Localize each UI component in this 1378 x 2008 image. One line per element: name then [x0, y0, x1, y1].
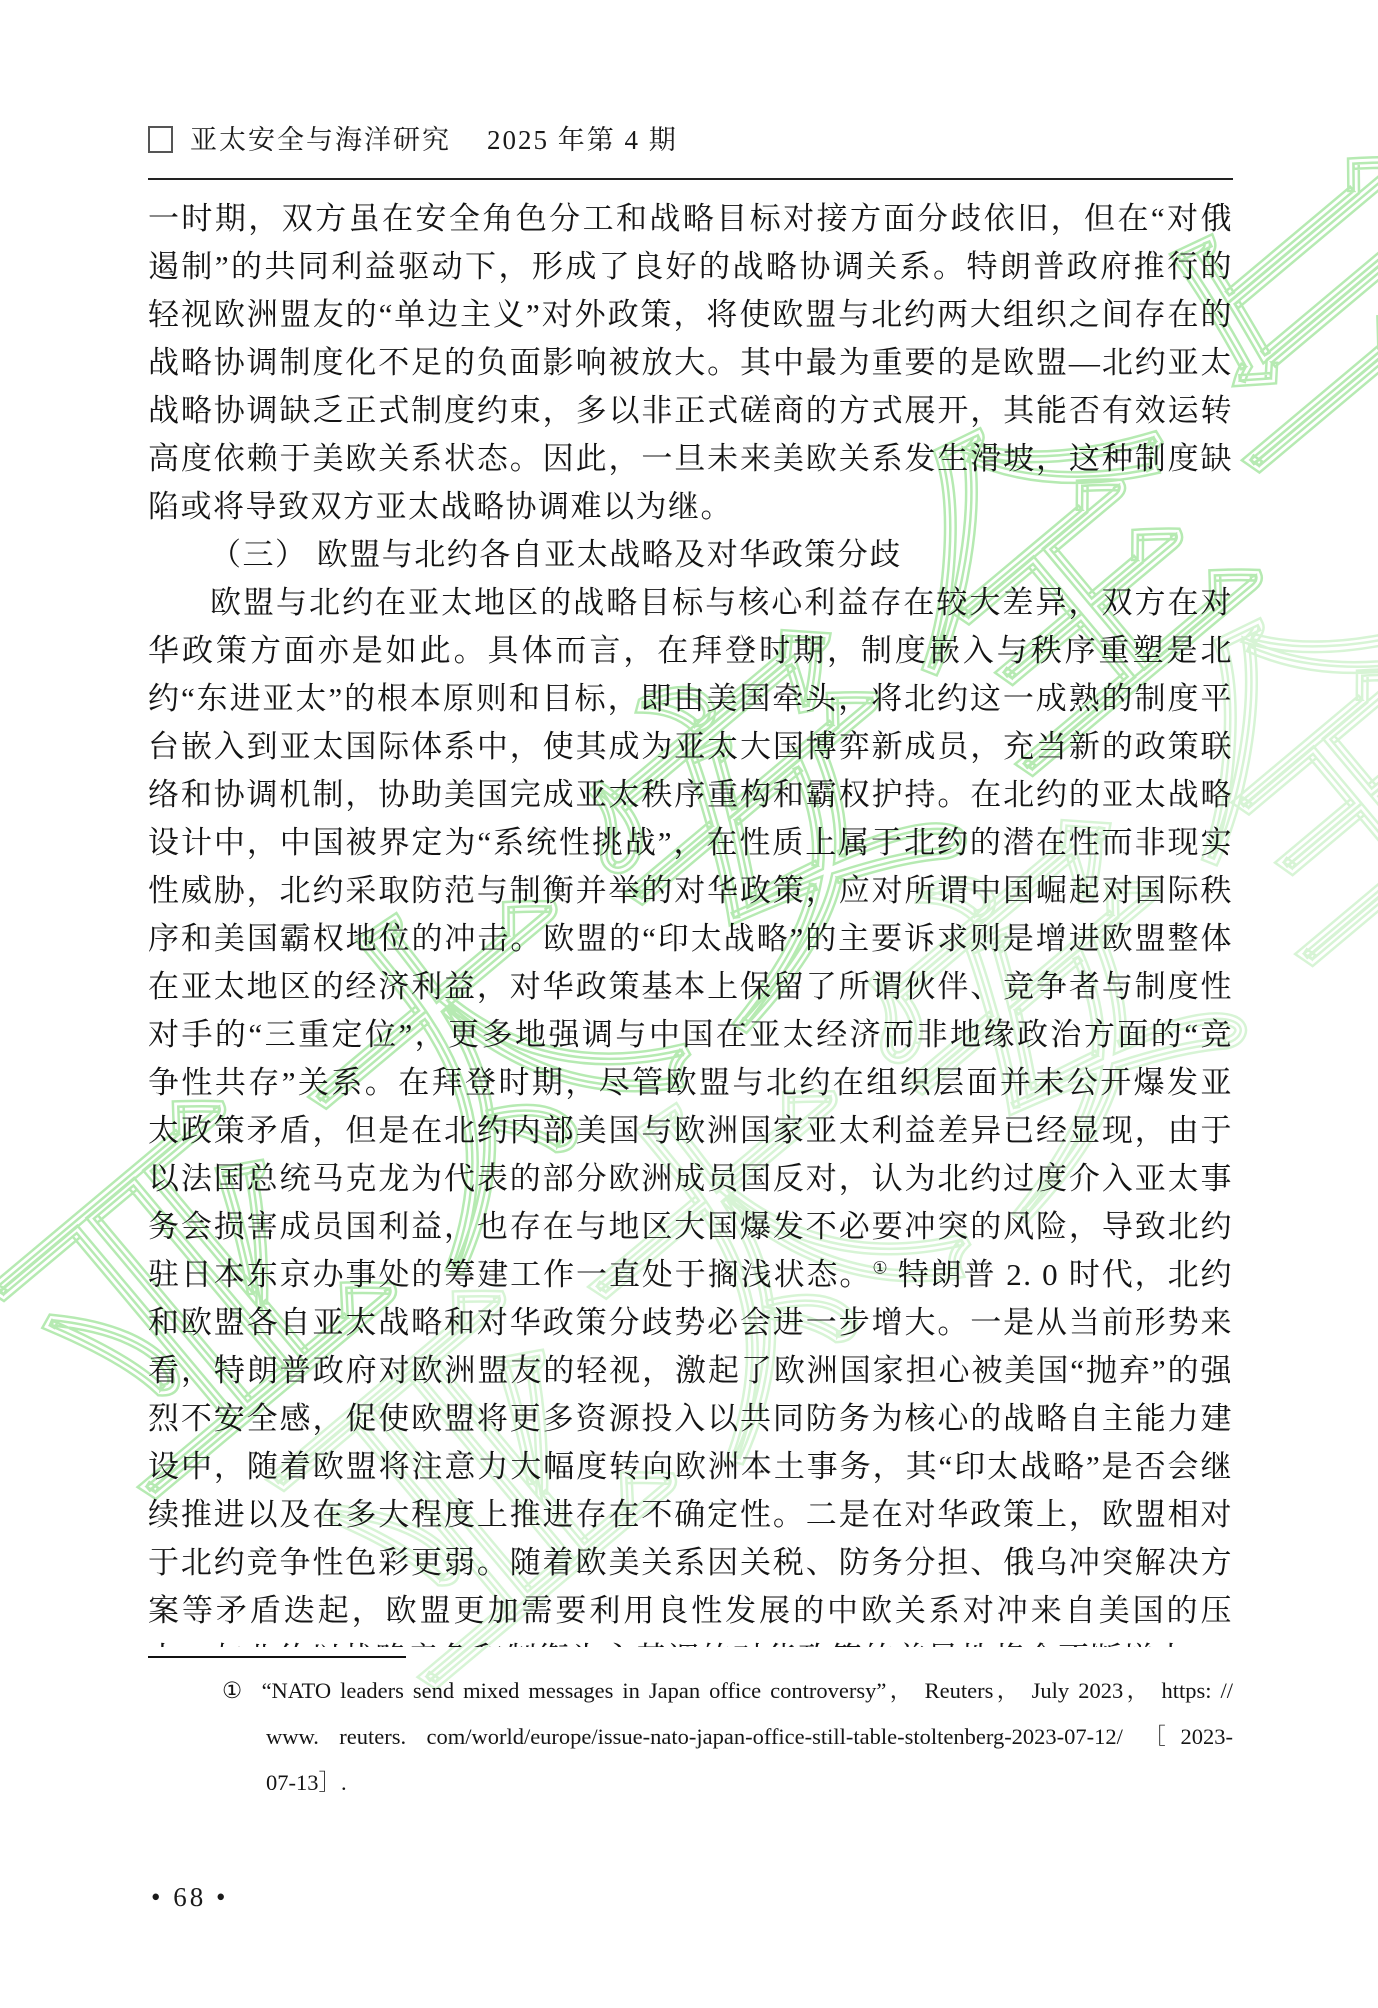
paragraph-main-part1: 欧盟与北约在亚太地区的战略目标与核心利益存在较大差异，双方在对华政策方面亦是如此…: [148, 585, 1233, 1292]
footnote-separator: [148, 1656, 406, 1658]
section-heading: （三） 欧盟与北约各自亚太战略及对华政策分歧: [148, 531, 1233, 579]
footnote-area: ①“NATO leaders send mixed messages in Ja…: [148, 1656, 1233, 1806]
document-page: 亚太安全与海洋研究 亚太安全与海洋研究 亚太安全与海洋研究 2025 年第 4 …: [0, 0, 1378, 2008]
body-text: 一时期，双方虽在安全角色分工和战略目标对接方面分歧依旧，但在“对俄遏制”的共同利…: [148, 195, 1233, 1647]
footnote-line-1: ①“NATO leaders send mixed messages in Ja…: [222, 1668, 1233, 1714]
footnote-line-1-text: “NATO leaders send mixed messages in Jap…: [262, 1678, 1233, 1703]
paragraph-main: 欧盟与北约在亚太地区的战略目标与核心利益存在较大差异，双方在对华政策方面亦是如此…: [148, 579, 1233, 1647]
square-icon: [148, 126, 173, 153]
paragraph-main-part2: 特朗普 2. 0 时代，北约和欧盟各自亚太战略和对华政策分歧势必会进一步增大。一…: [148, 1257, 1233, 1647]
footnote-line-3: 07-13］.: [222, 1760, 1233, 1806]
header-divider: [148, 178, 1233, 180]
journal-title: 亚太安全与海洋研究: [190, 118, 451, 157]
paragraph-continuation: 一时期，双方虽在安全角色分工和战略目标对接方面分歧依旧，但在“对俄遏制”的共同利…: [148, 195, 1233, 531]
page-content: 亚太安全与海洋研究 2025 年第 4 期 一时期，双方虽在安全角色分工和战略目…: [0, 0, 1378, 1647]
running-header: 亚太安全与海洋研究 2025 年第 4 期: [148, 118, 1233, 157]
footnote-marker: ①: [222, 1678, 246, 1703]
footnote-reference: ①: [872, 1259, 888, 1278]
issue-label: 2025 年第 4 期: [487, 118, 678, 157]
footnote: ①“NATO leaders send mixed messages in Ja…: [222, 1668, 1233, 1806]
page-number: • 68 •: [151, 1882, 228, 1913]
footnote-line-2: www. reuters. com/world/europe/issue-nat…: [222, 1714, 1233, 1760]
